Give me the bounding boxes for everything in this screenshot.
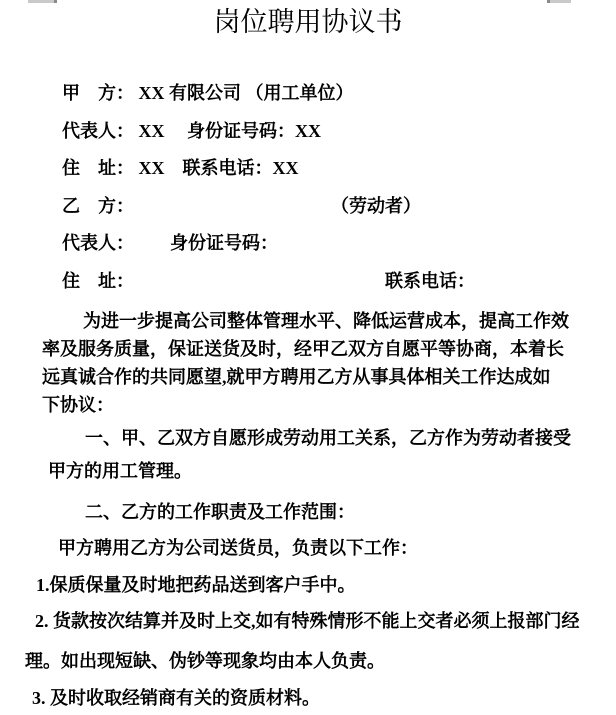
party-line-yifang-address: 住 址：联系电话： [62, 270, 475, 292]
party-line-yifang-representative: 代表人：身份证号码： [62, 232, 278, 254]
clause-2-heading: 二、乙方的工作职责及工作范围： [85, 501, 355, 523]
party-line-yifang: 乙 方：（劳动者） [62, 195, 421, 217]
page-edge-mark-left [28, 0, 57, 3]
intro-paragraph-line: 为进一步提高公司整体管理水平、降低运营成本，提高工作效 [83, 310, 569, 332]
intro-paragraph-line: 下协议： [42, 394, 114, 416]
clause-2-intro: 甲方聘用乙方为公司送货员，负责以下工作： [58, 537, 418, 559]
page-edge-mark-tip [54, 0, 57, 3]
party-line-jiafang-representative: 代表人： XX 身份证号码：XX [62, 120, 321, 142]
duty-item-3: 3. 及时收取经销商有关的资质材料。 [32, 687, 320, 709]
party-line-label: 住 址： [62, 271, 134, 291]
clause-1-line: 一、甲、乙双方自愿形成劳动用工关系，乙方作为劳动者接受 [85, 427, 571, 449]
document-title: 岗位聘用协议书 [0, 6, 616, 38]
party-line-value: 联系电话： [385, 271, 475, 291]
party-line-value: （劳动者） [340, 196, 421, 216]
duty-item-2-line: 2. 货款按次结算并及时上交,如有特殊情形不能上交者必须上报部门经 [35, 610, 580, 632]
page-edge-mark-tip [547, 0, 550, 3]
party-line-value: 身份证号码： [170, 233, 278, 253]
document-page: 岗位聘用协议书 甲 方： XX 有限公司 （用工单位） 代表人： XX 身份证号… [0, 0, 616, 715]
duty-item-2-line: 理。如出现短缺、伪钞等现象均由本人负责。 [25, 650, 385, 672]
intro-paragraph-line: 率及服务质量，保证送货及时，经甲乙双方自愿平等协商，本着长 [42, 338, 564, 360]
party-line-jiafang: 甲 方： XX 有限公司 （用工单位） [62, 82, 354, 104]
clause-1-line: 甲方的用工管理。 [48, 460, 192, 482]
page-edge-mark-right [547, 0, 571, 3]
party-line-label: 代表人： [62, 233, 134, 253]
duty-item-1: 1.保质保量及时地把药品送到客户手中。 [36, 574, 356, 596]
party-line-jiafang-address: 住 址： XX 联系电话：XX [62, 157, 299, 179]
intro-paragraph-line: 远真诚合作的共同愿望,就甲方聘用乙方从事具体相关工作达成如 [42, 366, 551, 388]
party-line-label: 乙 方： [62, 196, 134, 216]
